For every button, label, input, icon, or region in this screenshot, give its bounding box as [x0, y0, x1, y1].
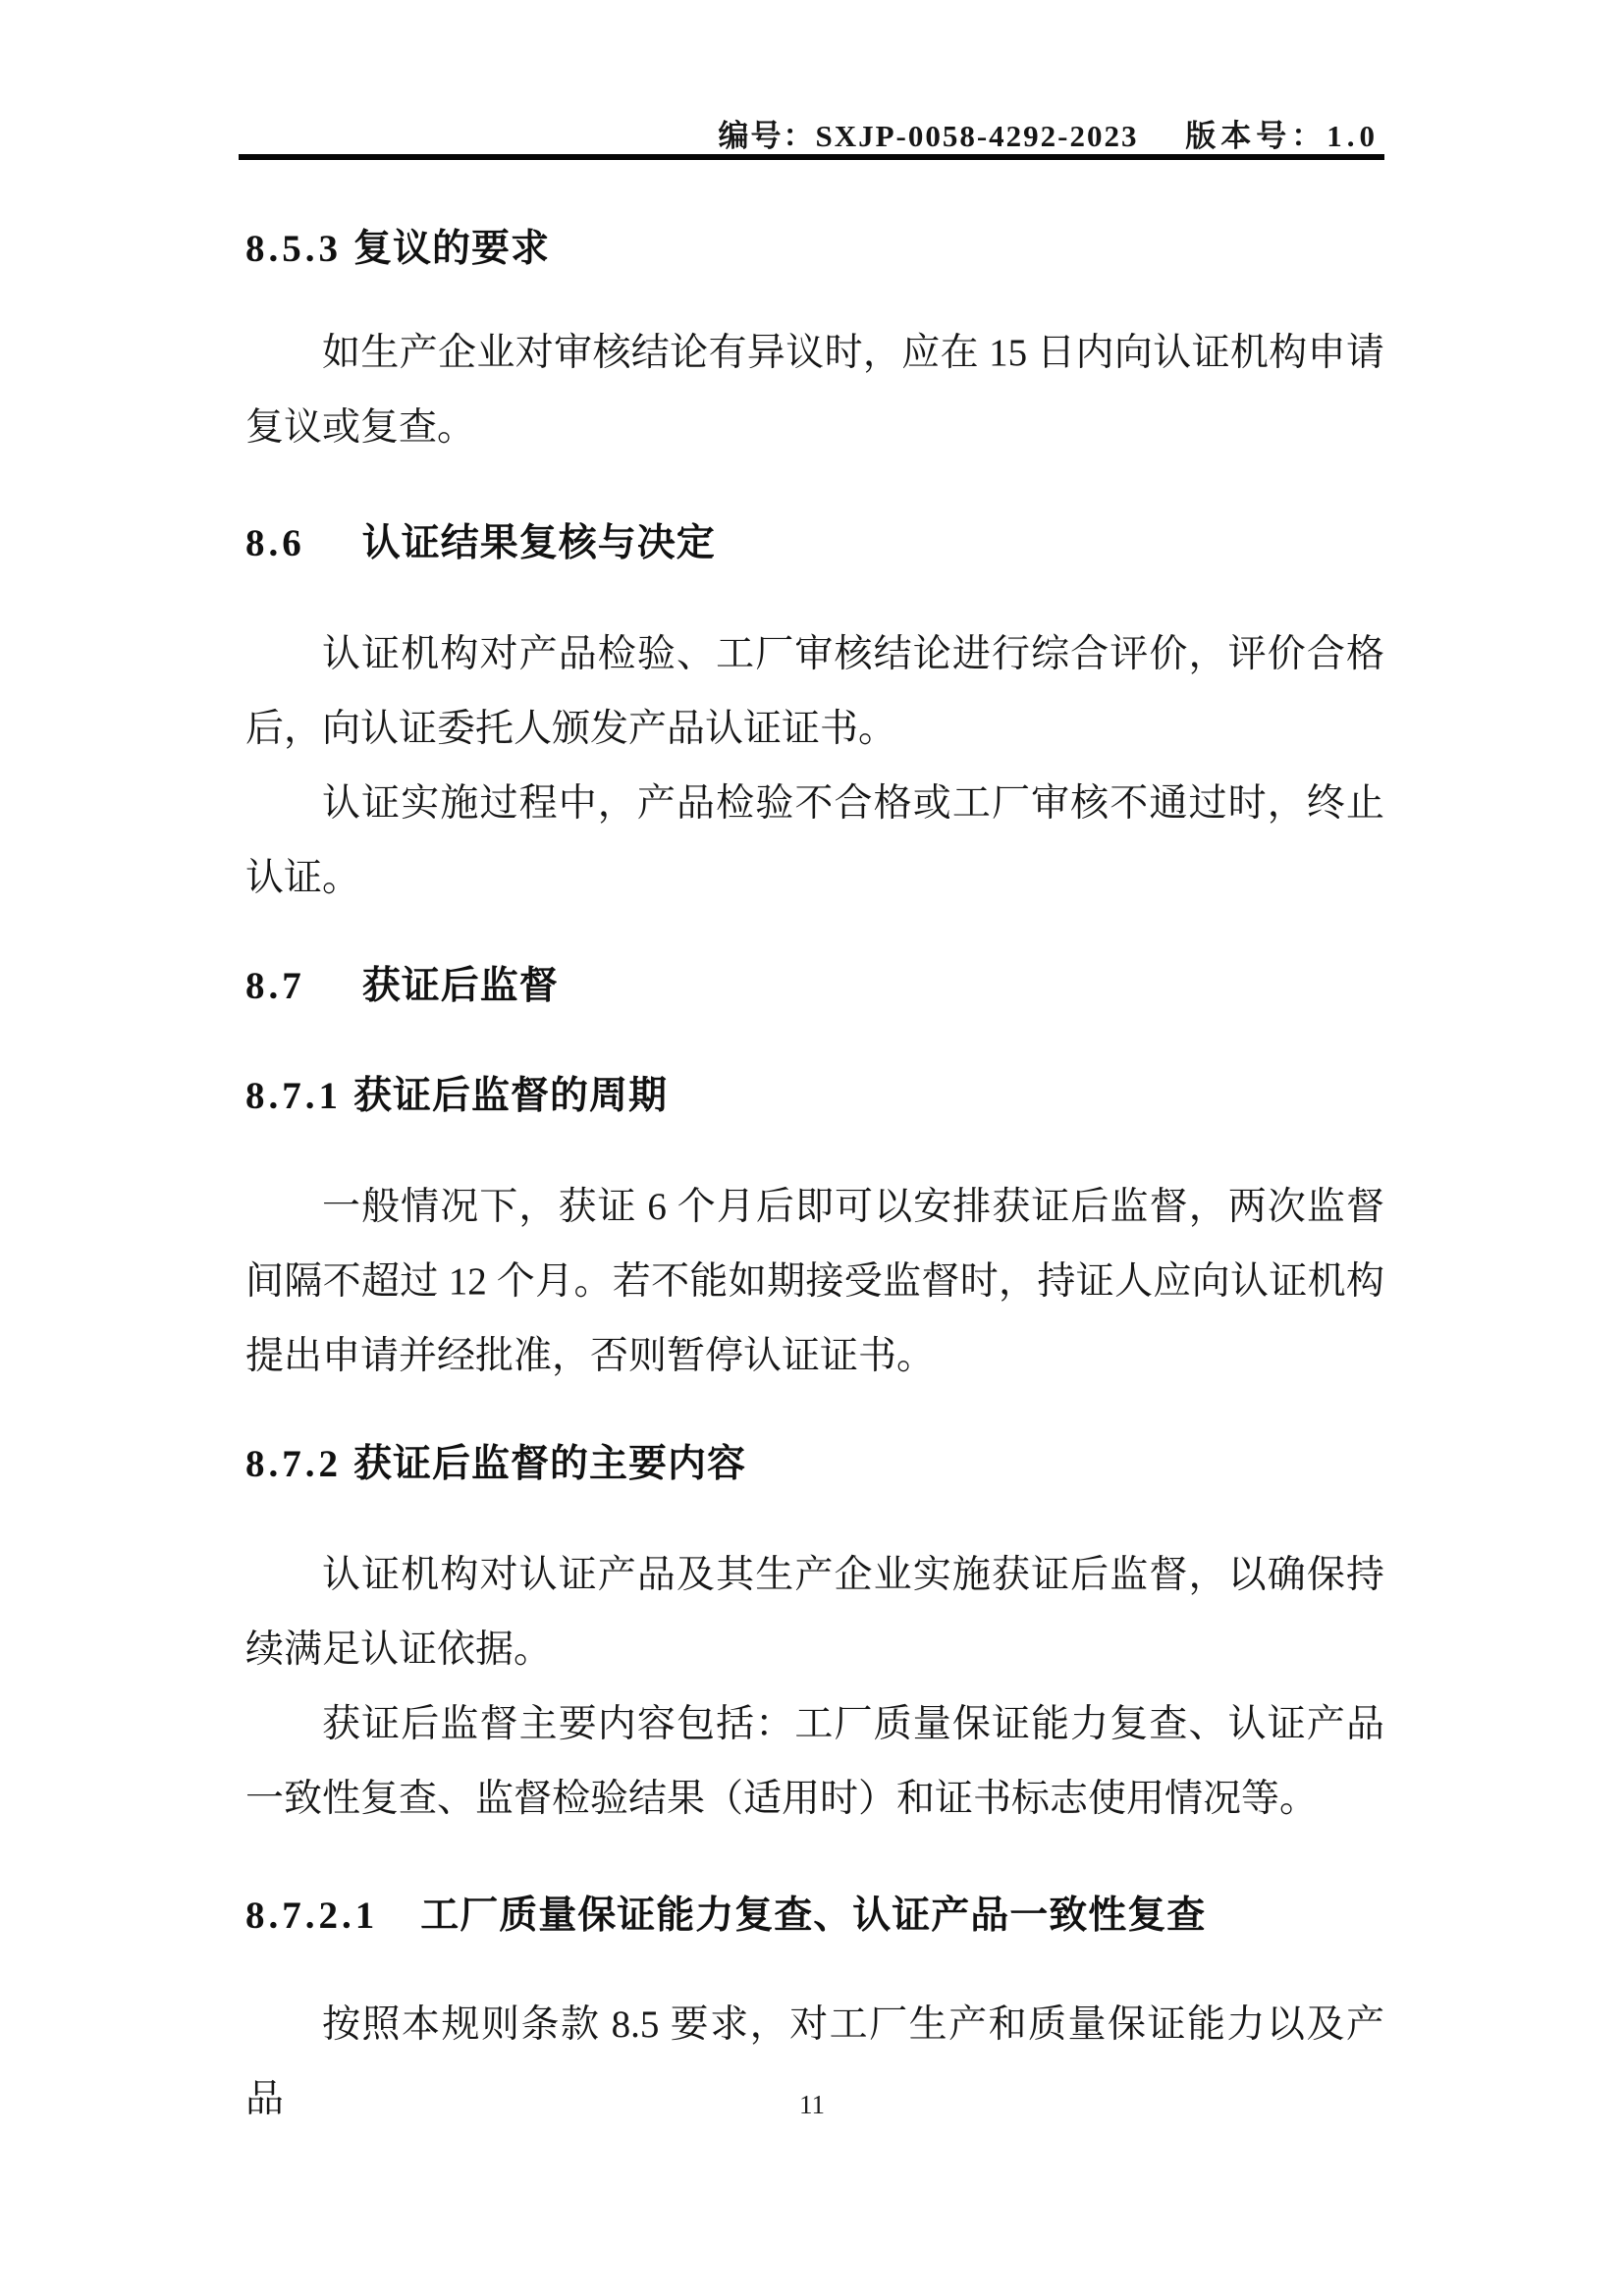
heading-title: 认证结果复核与决定	[362, 522, 716, 564]
heading-number: 8.5.3	[245, 228, 342, 270]
heading-title: 复议的要求	[353, 228, 550, 270]
section-heading-8-7-1: 8.7.1获证后监督的周期	[245, 1059, 668, 1134]
heading-number: 8.7.2.1	[245, 1895, 378, 1937]
section-heading-8-7-2-1: 8.7.2.1工厂质量保证能力复查、认证产品一致性复查	[245, 1879, 1206, 1953]
heading-title: 获证后监督的周期	[353, 1075, 668, 1117]
section-heading-8-5-3: 8.5.3复议的要求	[245, 212, 550, 287]
page-number: 11	[0, 2092, 1624, 2118]
heading-title: 获证后监督	[362, 965, 559, 1007]
paragraph: 如生产企业对审核结论有异议时，应在 15 日内向认证机构申请复议或复查。	[245, 316, 1384, 465]
heading-title: 获证后监督的主要内容	[353, 1443, 746, 1485]
doc-version-label: 版本号：1.0	[1185, 119, 1380, 153]
document-header: 编号：SXJP-0058-4292-2023 版本号：1.0	[718, 121, 1380, 151]
heading-number: 8.7.1	[245, 1075, 342, 1117]
section-heading-8-6: 8.6认证结果复核与决定	[245, 507, 716, 581]
section-heading-8-7: 8.7获证后监督	[245, 949, 559, 1024]
document-page: 编号：SXJP-0058-4292-2023 版本号：1.0 8.5.3复议的要…	[0, 0, 1624, 2296]
paragraph: 认证实施过程中，产品检验不合格或工厂审核不通过时，终止认证。	[245, 767, 1384, 916]
paragraph: 获证后监督主要内容包括：工厂质量保证能力复查、认证产品一致性复查、监督检验结果（…	[245, 1687, 1384, 1837]
paragraph: 一般情况下，获证 6 个月后即可以安排获证后监督，两次监督间隔不超过 12 个月…	[245, 1170, 1384, 1394]
heading-number: 8.7.2	[245, 1443, 342, 1485]
paragraph: 认证机构对认证产品及其生产企业实施获证后监督，以确保持续满足认证依据。	[245, 1538, 1384, 1687]
heading-title: 工厂质量保证能力复查、认证产品一致性复查	[420, 1895, 1206, 1937]
header-divider-rule	[239, 154, 1384, 160]
heading-number: 8.6	[245, 522, 305, 564]
doc-number-label: 编号：SXJP-0058-4292-2023	[718, 119, 1138, 153]
section-heading-8-7-2: 8.7.2获证后监督的主要内容	[245, 1427, 746, 1502]
heading-number: 8.7	[245, 965, 305, 1007]
paragraph: 认证机构对产品检验、工厂审核结论进行综合评价，评价合格后，向认证委托人颁发产品认…	[245, 617, 1384, 767]
